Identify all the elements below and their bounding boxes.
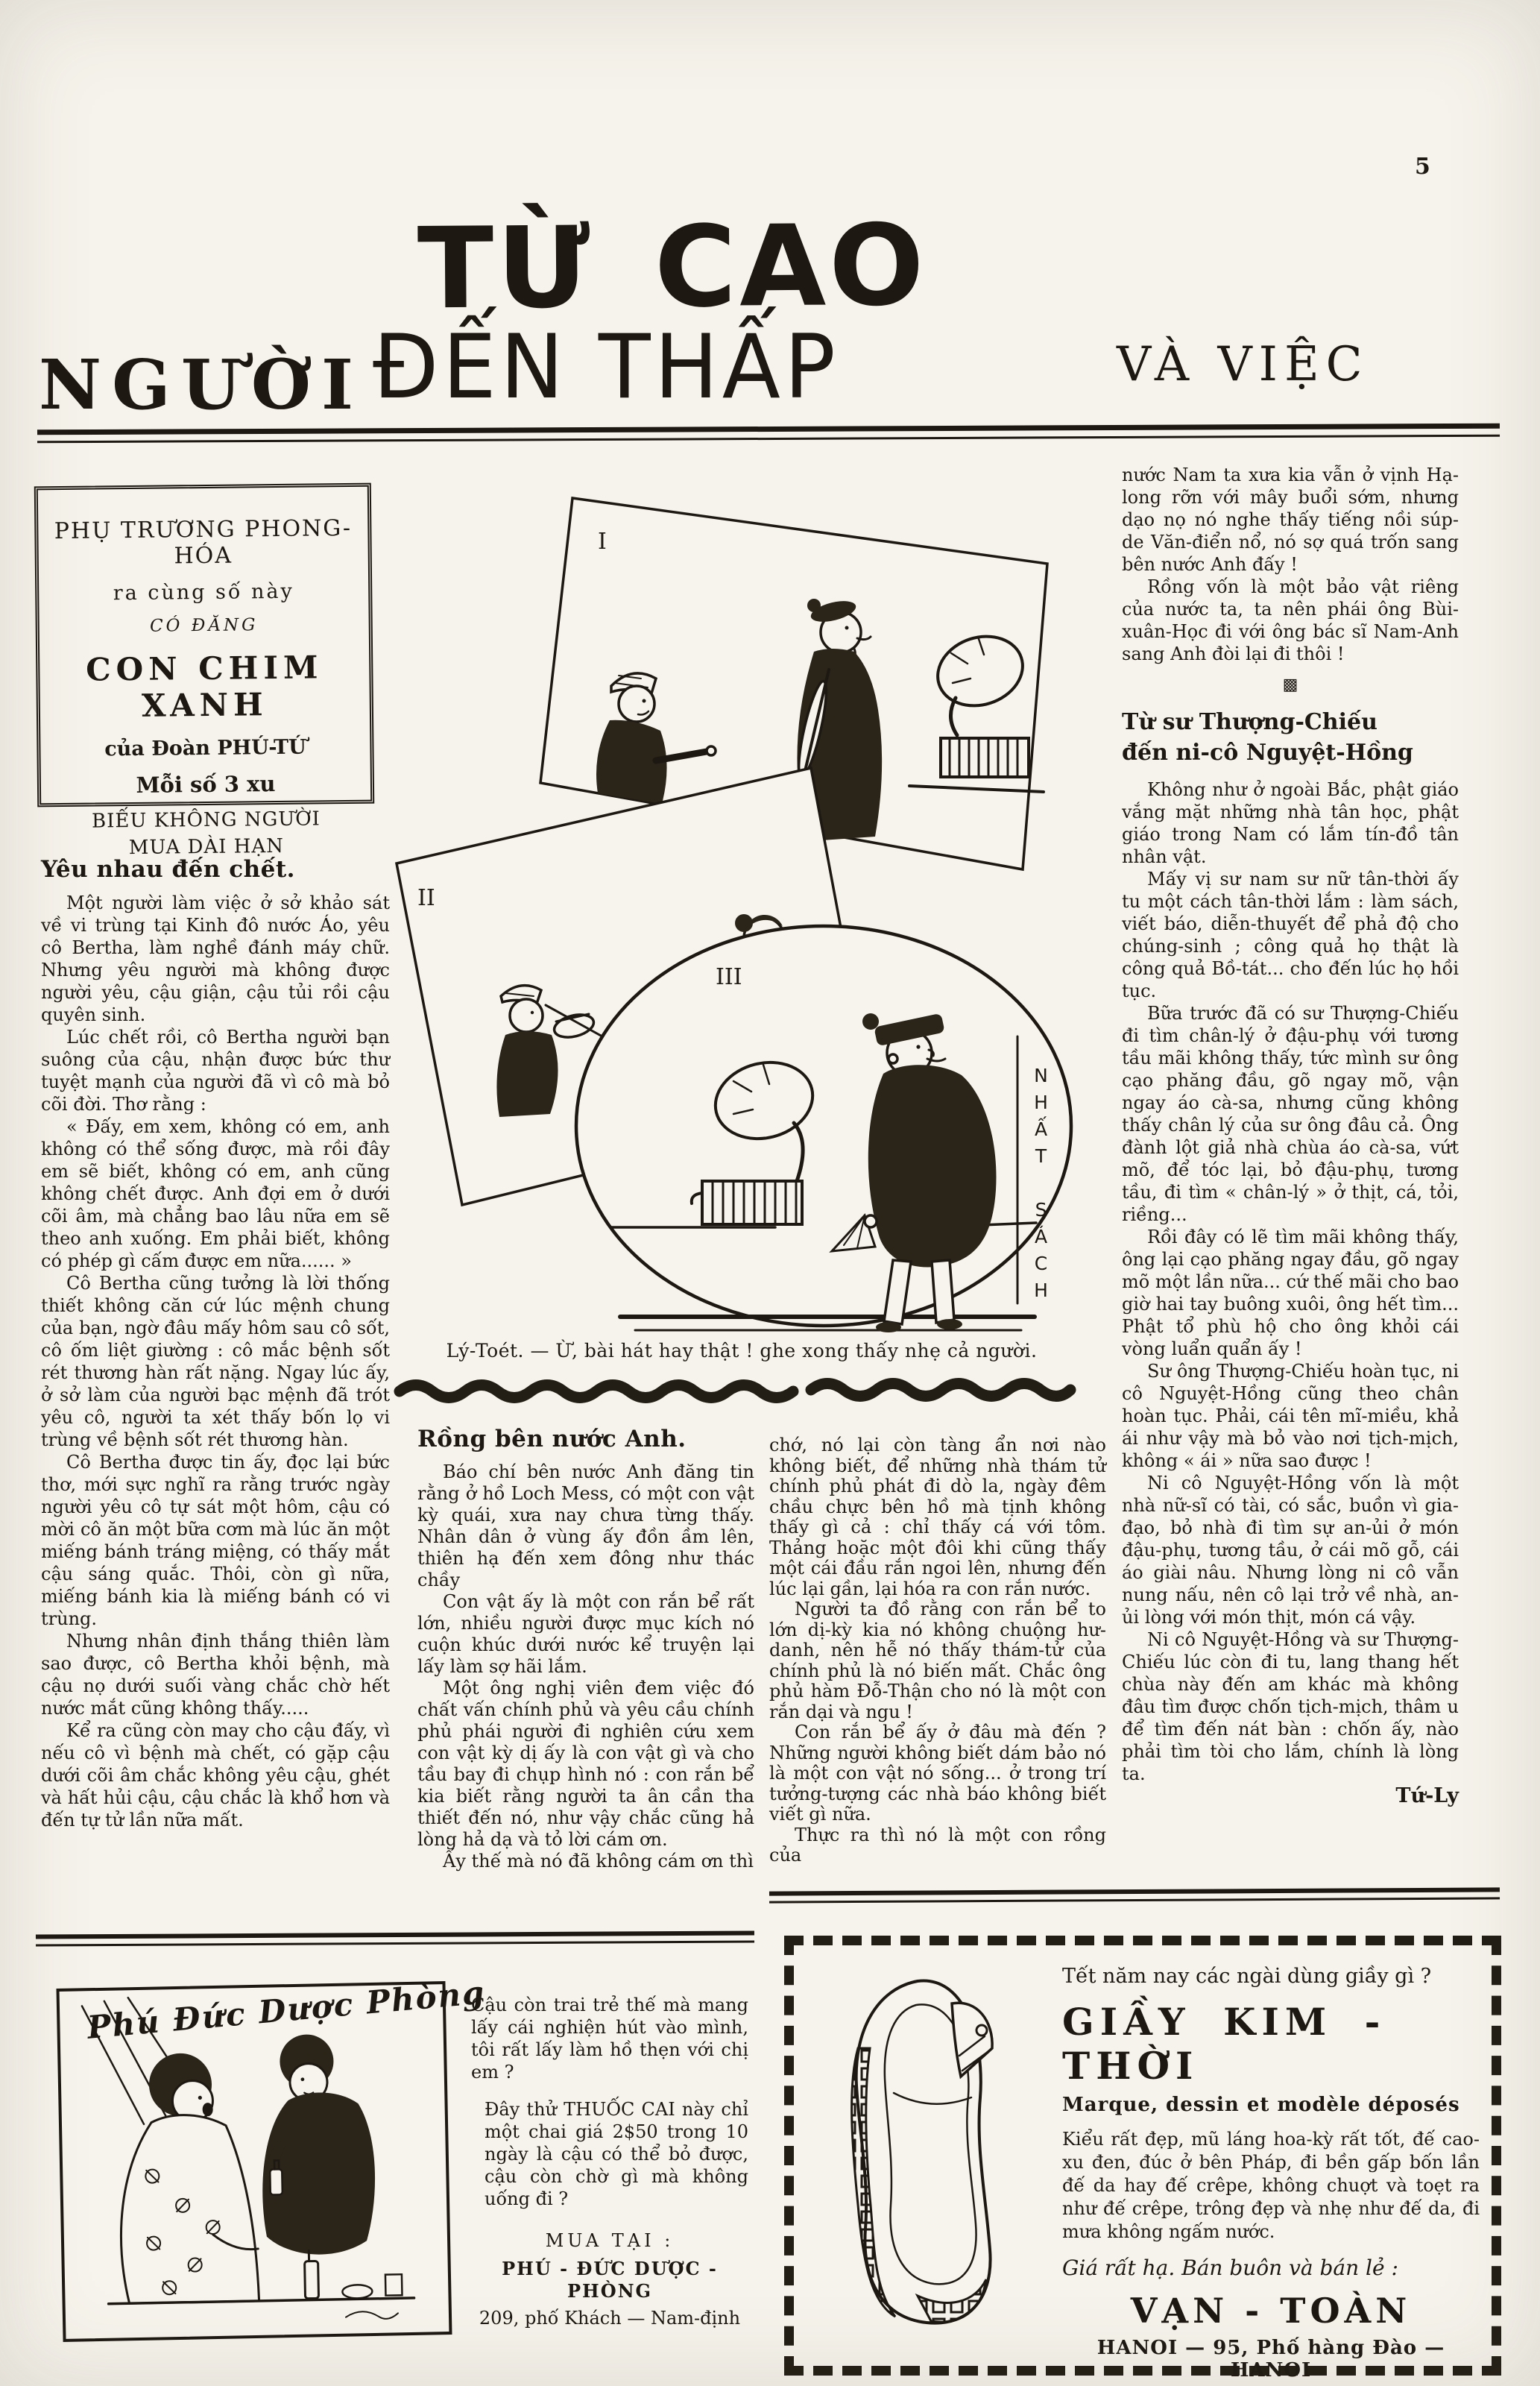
section-ornament-icon: ▩ [1122, 676, 1459, 694]
masthead-left-word: NGƯỜI [39, 344, 364, 425]
article-love-p2: Lúc chết rồi, cô Bertha người bạn suông … [41, 1026, 390, 1115]
article-love-p5: Cô Bertha được tin ấy, đọc lại bức thơ, … [41, 1451, 390, 1630]
right-column: nước Nam ta xưa kia vẫn ở vịnh Hạ-long r… [1122, 464, 1459, 1807]
article-dragon-p2: Con vật ấy là một con rắn bể rất lớn, nh… [417, 1591, 754, 1678]
svg-text:II: II [417, 885, 435, 911]
promo-line4: của Đoàn PHÚ-TỨ [51, 735, 359, 761]
pharmacy-ad-text: Cậu còn trai trẻ thế mà mang lấy cái ngh… [471, 1994, 748, 2329]
article-love-p6: Nhưng nhân định thắng thiên làm sao được… [41, 1630, 390, 1719]
right-col-p9: Ni cô Nguyệt-Hồng và sư Thượng-Chiếu lúc… [1122, 1628, 1459, 1785]
article-dragon-p6: Người ta đồ rằng con rắn bể to lớn dị-kỳ… [769, 1599, 1106, 1722]
right-col-p5: Bữa trước đã có sư Thượng-Chiếu đi tìm c… [1122, 1002, 1459, 1226]
masthead-right-words: VÀ VIỆC [1117, 337, 1369, 392]
article-love-p1: Một người làm việc ở sở khảo sát về vi t… [41, 892, 390, 1026]
cartoon-illustration: I [388, 446, 1088, 1341]
right-col-p1: nước Nam ta xưa kia vẫn ở vịnh Hạ-long r… [1122, 464, 1459, 576]
right-col-p3: Không như ở ngoài Bắc, phật giáo vắng mặ… [1122, 778, 1459, 868]
shoe-body-text: Kiểu rất đẹp, mũ láng hoa-kỳ rất tốt, đế… [1062, 2128, 1480, 2244]
article-dragon-col1: Rồng bên nước Anh. Báo chí bên nước Anh … [417, 1426, 754, 1872]
pharmacy-para1: Cậu còn trai trẻ thế mà mang lấy cái ngh… [471, 1994, 748, 2083]
shoe-ad-text: Tết năm nay các ngài dùng giầy gì ? GIẦY… [1062, 1965, 1480, 2382]
right-col-p4: Mấy vị sư nam sư nữ tân-thời ấy tu một c… [1122, 868, 1459, 1002]
article-dragon-p5: chớ, nó lại còn tàng ẩn nơi nào không bi… [769, 1435, 1106, 1599]
shoe-store-address: HANOI — 95, Phố hàng Đào — HANOI [1062, 2337, 1480, 2382]
article-dragon-title: Rồng bên nước Anh. [417, 1426, 754, 1452]
section-title-line1: Từ sư Thượng-Chiếu [1122, 708, 1459, 738]
pharmacy-address: 209, phố Khách — Nam-định [471, 2307, 748, 2329]
article-love-title: Yêu nhau đến chết. [41, 856, 390, 883]
shoe-brand: GIẦY KIM - THỜI [1062, 2000, 1480, 2088]
cartoon-strip: I [388, 446, 1088, 1341]
promo-box: PHỤ TRƯƠNG PHONG-HÓA ra cùng số này CÓ Đ… [34, 483, 374, 808]
svg-text:III: III [716, 964, 742, 990]
promo-line5: Mỗi số 3 xu [51, 770, 360, 799]
article-love-p4: Cô Bertha cũng tưởng là lời thống thiết … [41, 1272, 390, 1451]
article-dragon-p7: Con rắn bể ấy ở đâu mà đến ? Những người… [769, 1722, 1106, 1825]
shoe-price-line: Giá rất hạ. Bán buôn và bán lẻ : [1062, 2256, 1480, 2280]
pharmacy-illustration-frame: Phú Đức Dược Phòng [56, 1981, 452, 2342]
article-dragon-p4: Ấy thế mà nó đã không cám ơn thì [417, 1851, 754, 1872]
cartoon-artist-signature: NHẤT SÁCH [1030, 1065, 1052, 1311]
promo-title: CON CHIM XANH [50, 649, 359, 725]
article-dragon-col2: chớ, nó lại còn tàng ẩn nơi nào không bi… [769, 1435, 1106, 1866]
masthead-rule [37, 424, 1500, 444]
shoe-store-name: VẠN - TOÀN [1062, 2291, 1480, 2331]
section-title-line2: đến ni-cô Nguyệt-Hồng [1122, 738, 1459, 769]
article-dragon-p8: Thực ra thì nó là một con rồng của [769, 1825, 1106, 1866]
shoe-tagline: Tết năm nay các ngài dùng giầy gì ? [1062, 1965, 1480, 1988]
masthead-title-line2: ĐẾN THẤP [373, 316, 839, 419]
right-col-p8: Ni cô Nguyệt-Hồng vốn là một nhà nữ-sĩ c… [1122, 1472, 1459, 1628]
article-love-column: Yêu nhau đến chết. Một người làm việc ở … [41, 856, 390, 1831]
shoe-illustration [806, 1959, 1052, 2346]
article-love-p3: « Đấy, em xem, không có em, anh không có… [41, 1115, 390, 1272]
promo-line3: CÓ ĐĂNG [50, 614, 359, 637]
ad-pharmacy: Phú Đức Dược Phòng Cậu còn trai trẻ thế … [52, 1973, 757, 2379]
section-title: Từ sư Thượng-Chiếu đến ni-cô Nguyệt-Hồng [1122, 708, 1459, 768]
article-dragon-p3: Một ông nghị viên đem việc đó chất vấn c… [417, 1678, 754, 1851]
page-number: 5 [1415, 154, 1430, 180]
pharmacy-para2: Đây thử THUỐC CAI này chỉ một chai giá 2… [471, 2098, 748, 2210]
cartoon-caption: Lý-Toét. — Ừ, bài hát hay thật ! ghe xon… [406, 1340, 1077, 1362]
article-dragon-p1: Báo chí bên nước Anh đăng tin rằng ở hồ … [417, 1461, 754, 1591]
shoe-marque: Marque, dessin et modèle déposés [1062, 2094, 1480, 2116]
author-signature: Tứ-Ly [1122, 1785, 1459, 1807]
newspaper-page: 5 NGƯỜI TỪ CAO ĐẾN THẤP VÀ VIỆC PHỤ TRƯƠ… [0, 0, 1540, 2386]
pharmacy-name: PHÚ - ĐỨC DƯỢC - PHÒNG [471, 2258, 748, 2302]
right-col-p6: Rồi đây có lẽ tìm mãi không thấy, ông lạ… [1122, 1226, 1459, 1360]
right-col-p7: Sư ông Thượng-Chiếu hoàn tục, ni cô Nguy… [1122, 1360, 1459, 1472]
ad-shoes: Tết năm nay các ngài dùng giầy gì ? GIẦY… [784, 1936, 1501, 2376]
masthead-title-line1: TỪ CAO [417, 201, 927, 335]
right-col-p2: Rồng vốn là một bảo vật riêng của nước t… [1122, 576, 1459, 665]
left-bottom-rule [36, 1930, 754, 1946]
promo-line2: ra cùng số này [49, 579, 358, 605]
promo-line6: BIẾU KHÔNG NGƯỜI [51, 808, 360, 833]
right-bottom-rule [769, 1887, 1500, 1903]
promo-line1: PHỤ TRƯƠNG PHONG-HÓA [48, 515, 358, 570]
article-love-p7: Kể ra cũng còn may cho cậu đấy, vì nếu c… [41, 1719, 390, 1831]
wavy-divider [394, 1376, 1076, 1407]
pharmacy-buy-at: MUA TẠI : [471, 2229, 748, 2252]
svg-text:I: I [598, 529, 607, 555]
